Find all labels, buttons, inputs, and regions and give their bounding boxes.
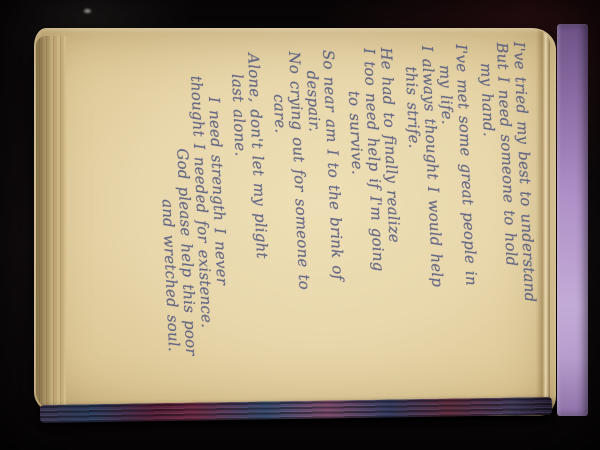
dust-speck (84, 9, 91, 13)
poem-stanza: He had to finally realize I too need hel… (343, 47, 409, 389)
poem-stanza: Alone, don't let my plight last alone. (227, 53, 276, 394)
poem-stanza: I need strength I never thought I needed… (152, 55, 235, 398)
page-stack-edge (36, 36, 66, 410)
photo-background: I've tried my best to understand But I n… (0, 0, 600, 450)
poem-stanza: So near am I to the brink of despair. No… (268, 50, 351, 393)
purple-book-strip (557, 24, 588, 416)
poem-stanza: I've met some great people in my life. I… (401, 44, 484, 387)
handwritten-poem: I've tried my best to understand But I n… (142, 41, 541, 397)
